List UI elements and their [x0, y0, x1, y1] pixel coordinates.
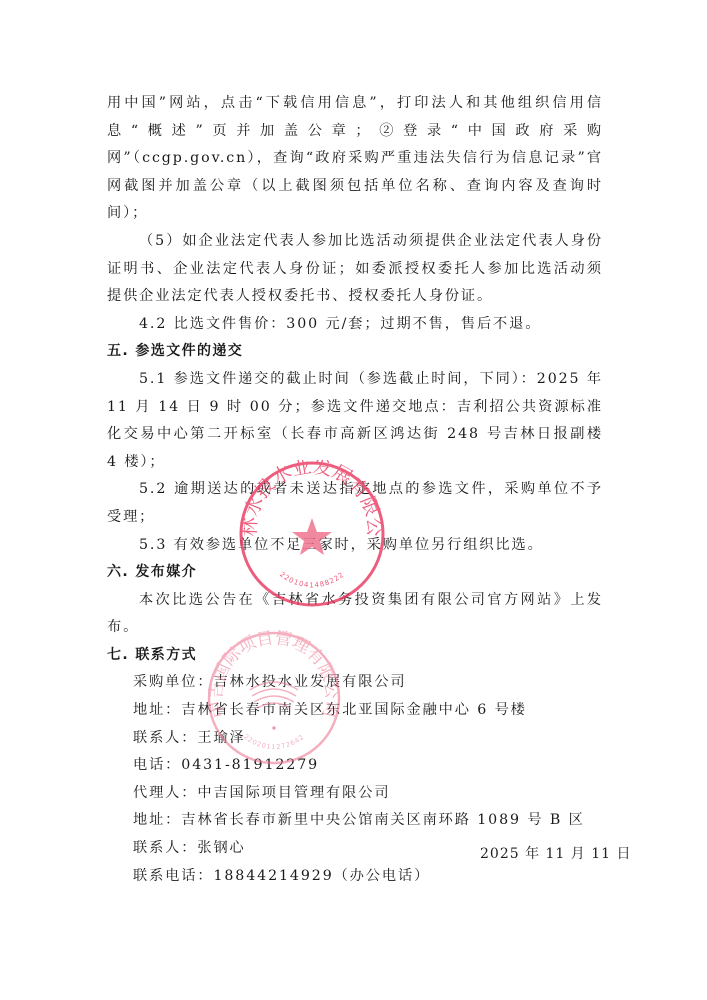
- contact-procurement-person: 联系人：王瑜泽: [107, 725, 603, 753]
- paragraph-credit-check: 用中国”网站，点击“下载信用信息”，打印法人和其他组织信用信息“概述”页并加盖公…: [107, 90, 603, 228]
- clause-5-1: 5.1 参选文件递交的截止时间（参选截止时间，下同）：2025 年 11 月 1…: [107, 366, 603, 476]
- section-heading-submission: 五. 参选文件的递交: [107, 338, 603, 366]
- contact-agent-phone: 联系电话：18844214929（办公电话）: [107, 863, 603, 891]
- clause-5-2: 5.2 逾期送达的或者未送达指定地点的参选文件，采购单位不予受理；: [107, 476, 603, 531]
- document-page: 用中国”网站，点击“下载信用信息”，打印法人和其他组织信用信息“概述”页并加盖公…: [0, 0, 707, 1000]
- document-date: 2025 年 11 月 11 日: [480, 843, 632, 863]
- contact-procurement-phone: 电话：0431-81912279: [107, 752, 603, 780]
- contact-agent: 代理人：中吉国际项目管理有限公司: [107, 780, 603, 808]
- paragraph-representative-docs: （5）如企业法定代表人参加比选活动须提供企业法定代表人身份证明书、企业法定代表人…: [107, 228, 603, 311]
- contact-agent-address: 地址：吉林省长春市新里中央公馆南关区南环路 1089 号 B 区: [107, 807, 603, 835]
- clause-5-3: 5.3 有效参选单位不足三家时，采购单位另行组织比选。: [107, 532, 603, 560]
- contact-procurement-unit: 采购单位：吉林水投水业发展有限公司: [107, 669, 603, 697]
- paragraph-document-price: 4.2 比选文件售价：300 元/套；过期不售，售后不退。: [107, 311, 603, 339]
- publication-text: 本次比选公告在《吉林省水务投资集团有限公司官方网站》上发布。: [107, 587, 603, 642]
- section-heading-publication: 六. 发布媒介: [107, 559, 603, 587]
- section-heading-contact: 七. 联系方式: [107, 642, 603, 670]
- contact-procurement-address: 地址：吉林省长春市南关区东北亚国际金融中心 6 号楼: [107, 697, 603, 725]
- document-body: 用中国”网站，点击“下载信用信息”，打印法人和其他组织信用信息“概述”页并加盖公…: [107, 90, 603, 890]
